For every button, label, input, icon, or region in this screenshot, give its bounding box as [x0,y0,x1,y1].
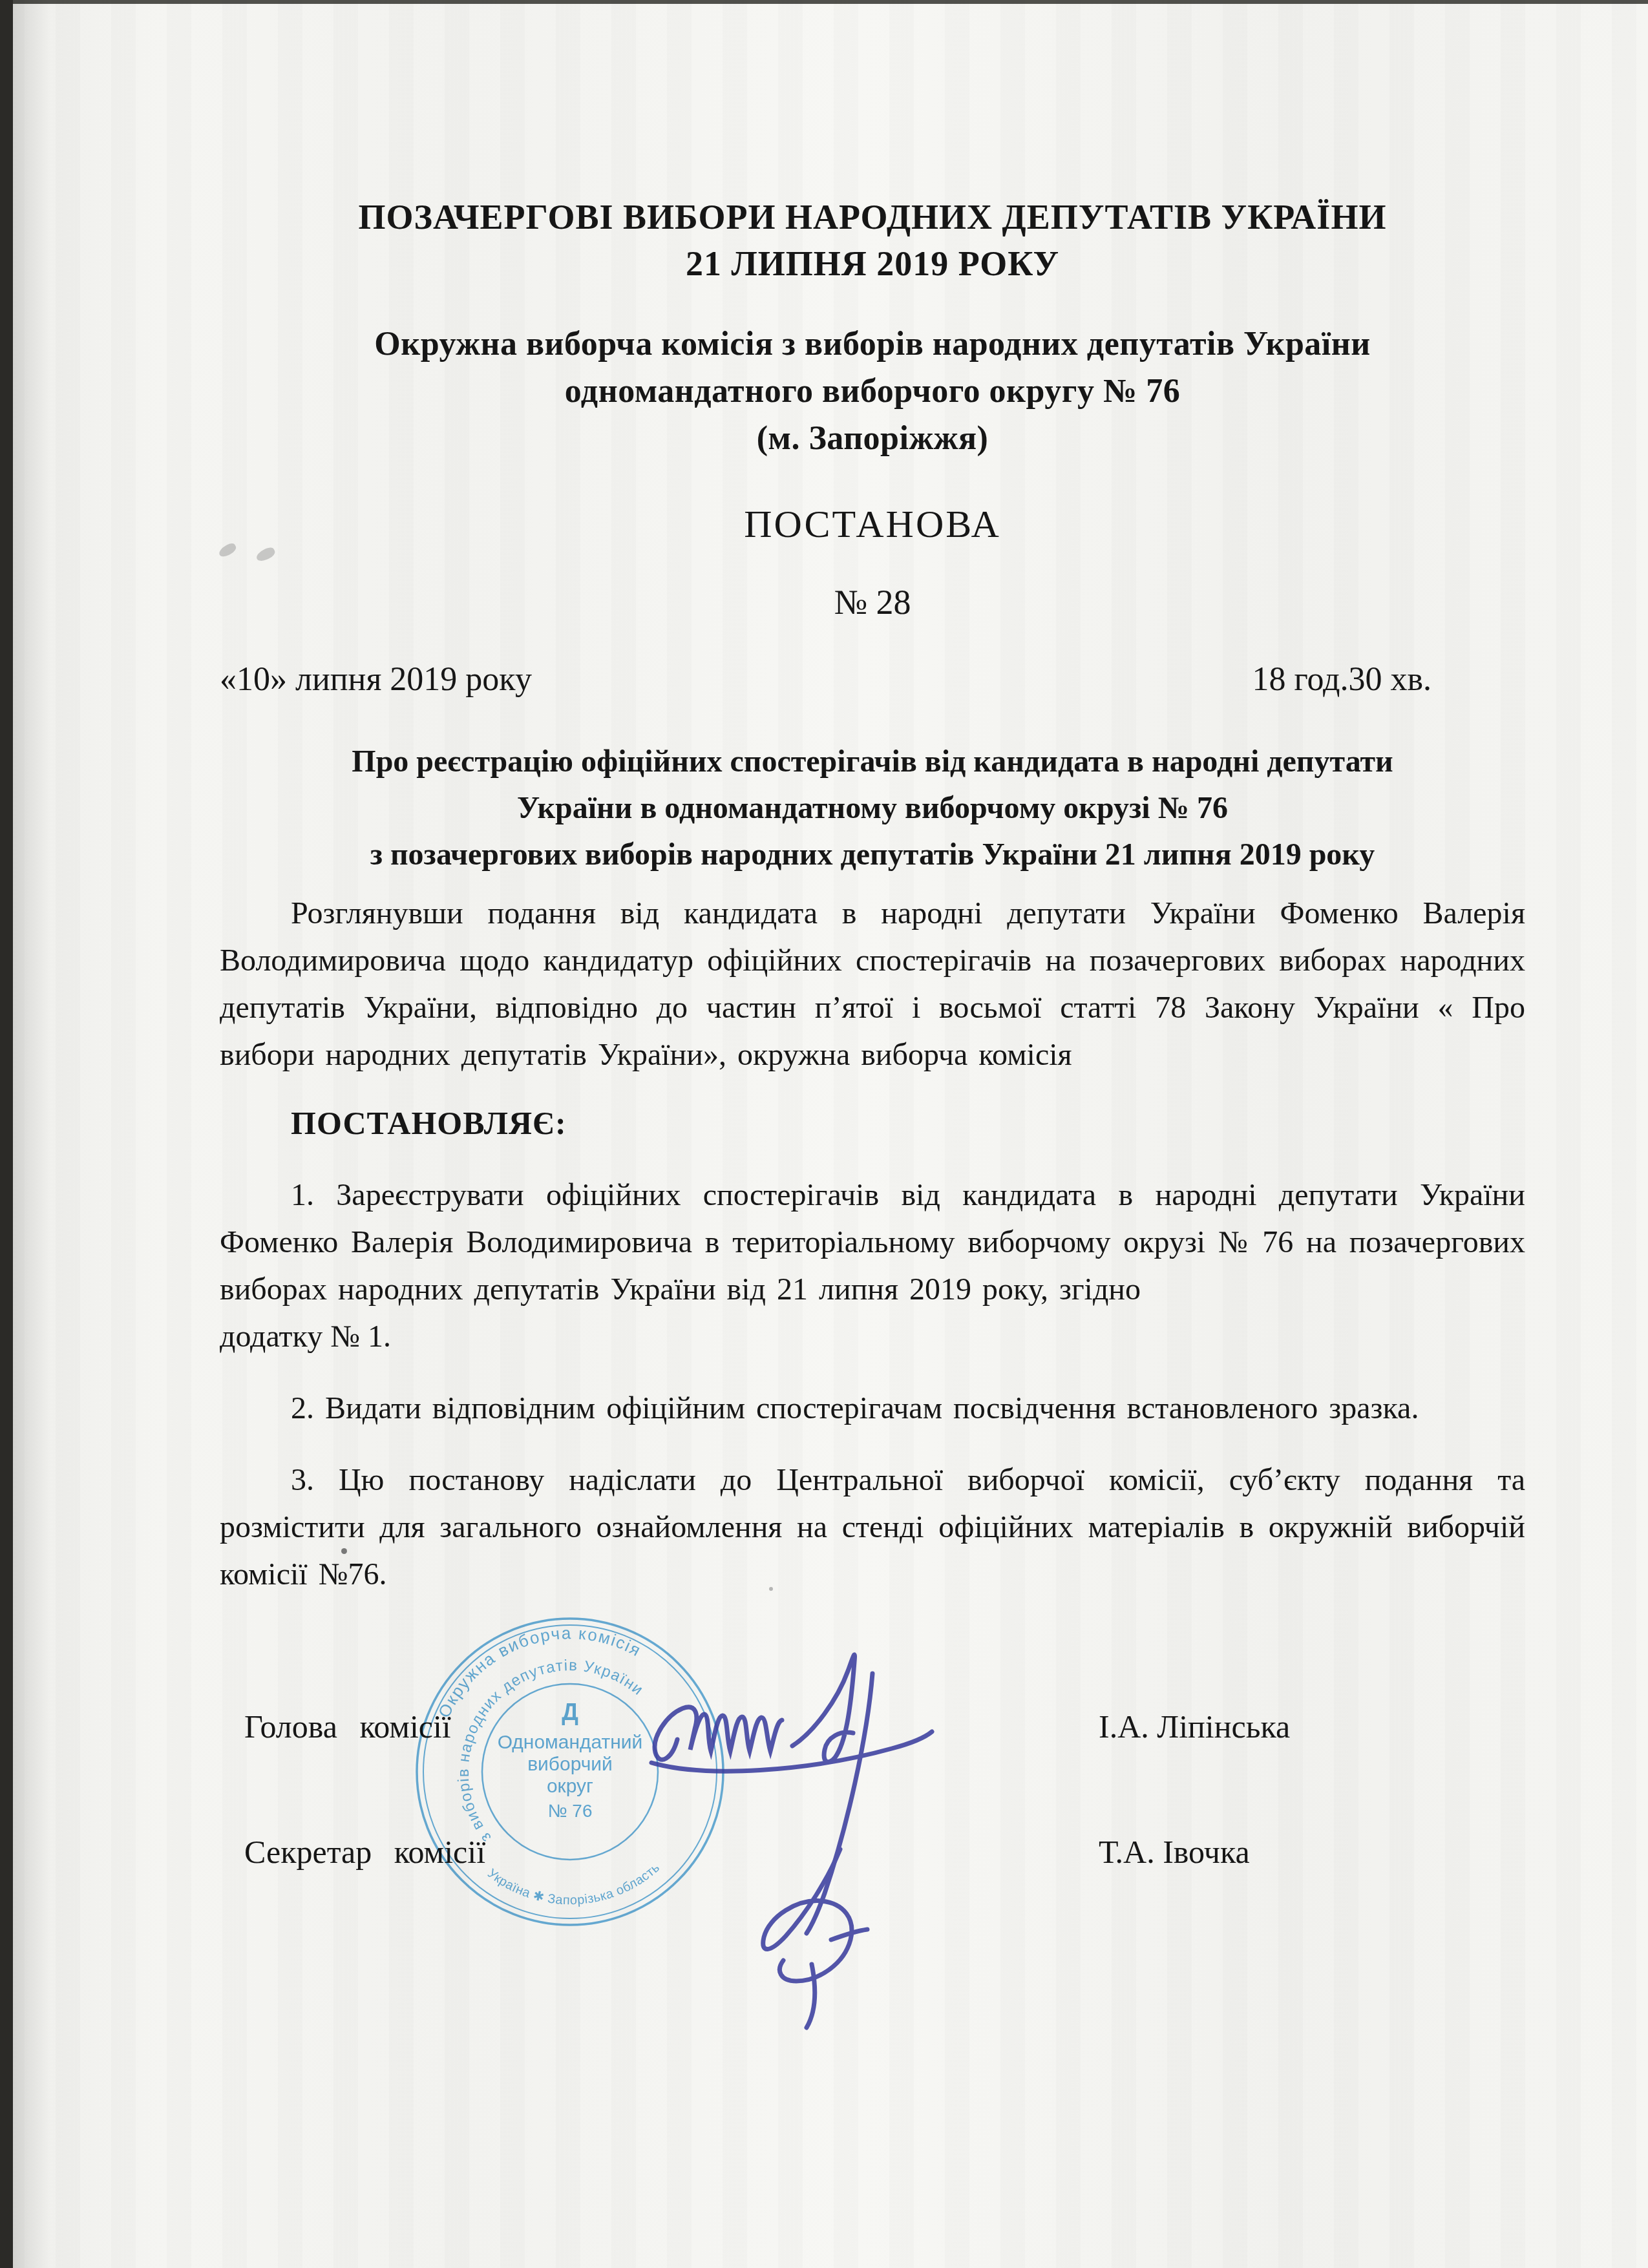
intro-paragraph: Розглянувши подання від кандидата в наро… [220,890,1525,1078]
election-title-line1: ПОЗАЧЕРГОВІ ВИБОРИ НАРОДНИХ ДЕПУТАТІВ УК… [220,194,1525,240]
signature-name-head: І.А. Ліпінська [1099,1705,1290,1748]
stamp-center-line1: Одномандатний [498,1732,643,1753]
commission-name-line1: Окружна виборча комісія з виборів народн… [220,320,1525,368]
head-signature-loop [792,1655,855,1762]
scanned-resolution-document: ПОЗАЧЕРГОВІ ВИБОРИ НАРОДНИХ ДЕПУТАТІВ УК… [0,0,1648,2268]
resolution-item-1-tail: додатку № 1. [220,1313,1525,1360]
commission-heading: Окружна виборча комісія з виборів народн… [220,320,1525,462]
document-body: ПОЗАЧЕРГОВІ ВИБОРИ НАРОДНИХ ДЕПУТАТІВ УК… [220,194,1525,1598]
stamp-arc-bottom-text: Україна ✱ Запорізька область [483,1838,666,1924]
date-time-row: «10» липня 2019 року 18 год.30 хв. [220,657,1525,702]
stamp-center-text: Д Одномандатний виборчий округ № 76 [498,1699,643,1821]
document-number: № 28 [220,580,1525,625]
scan-edge-left-shadow [13,0,50,2268]
scan-edge-left [0,0,13,2268]
stamp-center-line3: округ [547,1776,593,1797]
stamp-center-letter: Д [562,1699,578,1725]
commission-name-line2: одномандатного виборчого округу № 76 [220,368,1525,415]
handwritten-signatures [640,1544,1028,2048]
signature-name-secretary: Т.А. Івочка [1099,1830,1250,1874]
document-date: «10» липня 2019 року [220,657,532,702]
resolution-item-2: 2. Видати відповідним офіційним спостері… [220,1385,1525,1432]
subject-line3: з позачергових виборів народних депутаті… [220,832,1525,878]
document-time: 18 год.30 хв. [1252,657,1431,702]
subject-heading: Про реєстрацію офіційних спостерігачів в… [220,739,1525,878]
resolve-heading: ПОСТАНОВЛЯЄ: [291,1099,1525,1147]
subject-line1: Про реєстрацію офіційних спостерігачів в… [220,739,1525,785]
scan-dot-1 [341,1548,347,1554]
secretary-signature-tail [807,1964,815,2028]
head-signature-squiggle [655,1707,782,1759]
subject-line2: України в одномандатному виборчому окруз… [220,785,1525,832]
scan-edge-top [0,0,1648,4]
resolution-item-1-text: 1. Зареєструвати офіційних спостерігачів… [220,1178,1525,1307]
svg-text:Україна ✱ Запорізька область: Україна ✱ Запорізька область [483,1838,666,1924]
commission-city: (м. Запоріжжя) [220,415,1525,462]
resolution-item-1: 1. Зареєструвати офіційних спостерігачів… [220,1171,1525,1313]
stamp-center-line2: виборчий [527,1754,613,1775]
election-title-line2: 21 ЛИПНЯ 2019 РОКУ [220,240,1525,287]
document-type: ПОСТАНОВА [220,499,1525,549]
stamp-center-number: № 76 [548,1801,593,1821]
secretary-signature-loop [763,1849,852,1981]
